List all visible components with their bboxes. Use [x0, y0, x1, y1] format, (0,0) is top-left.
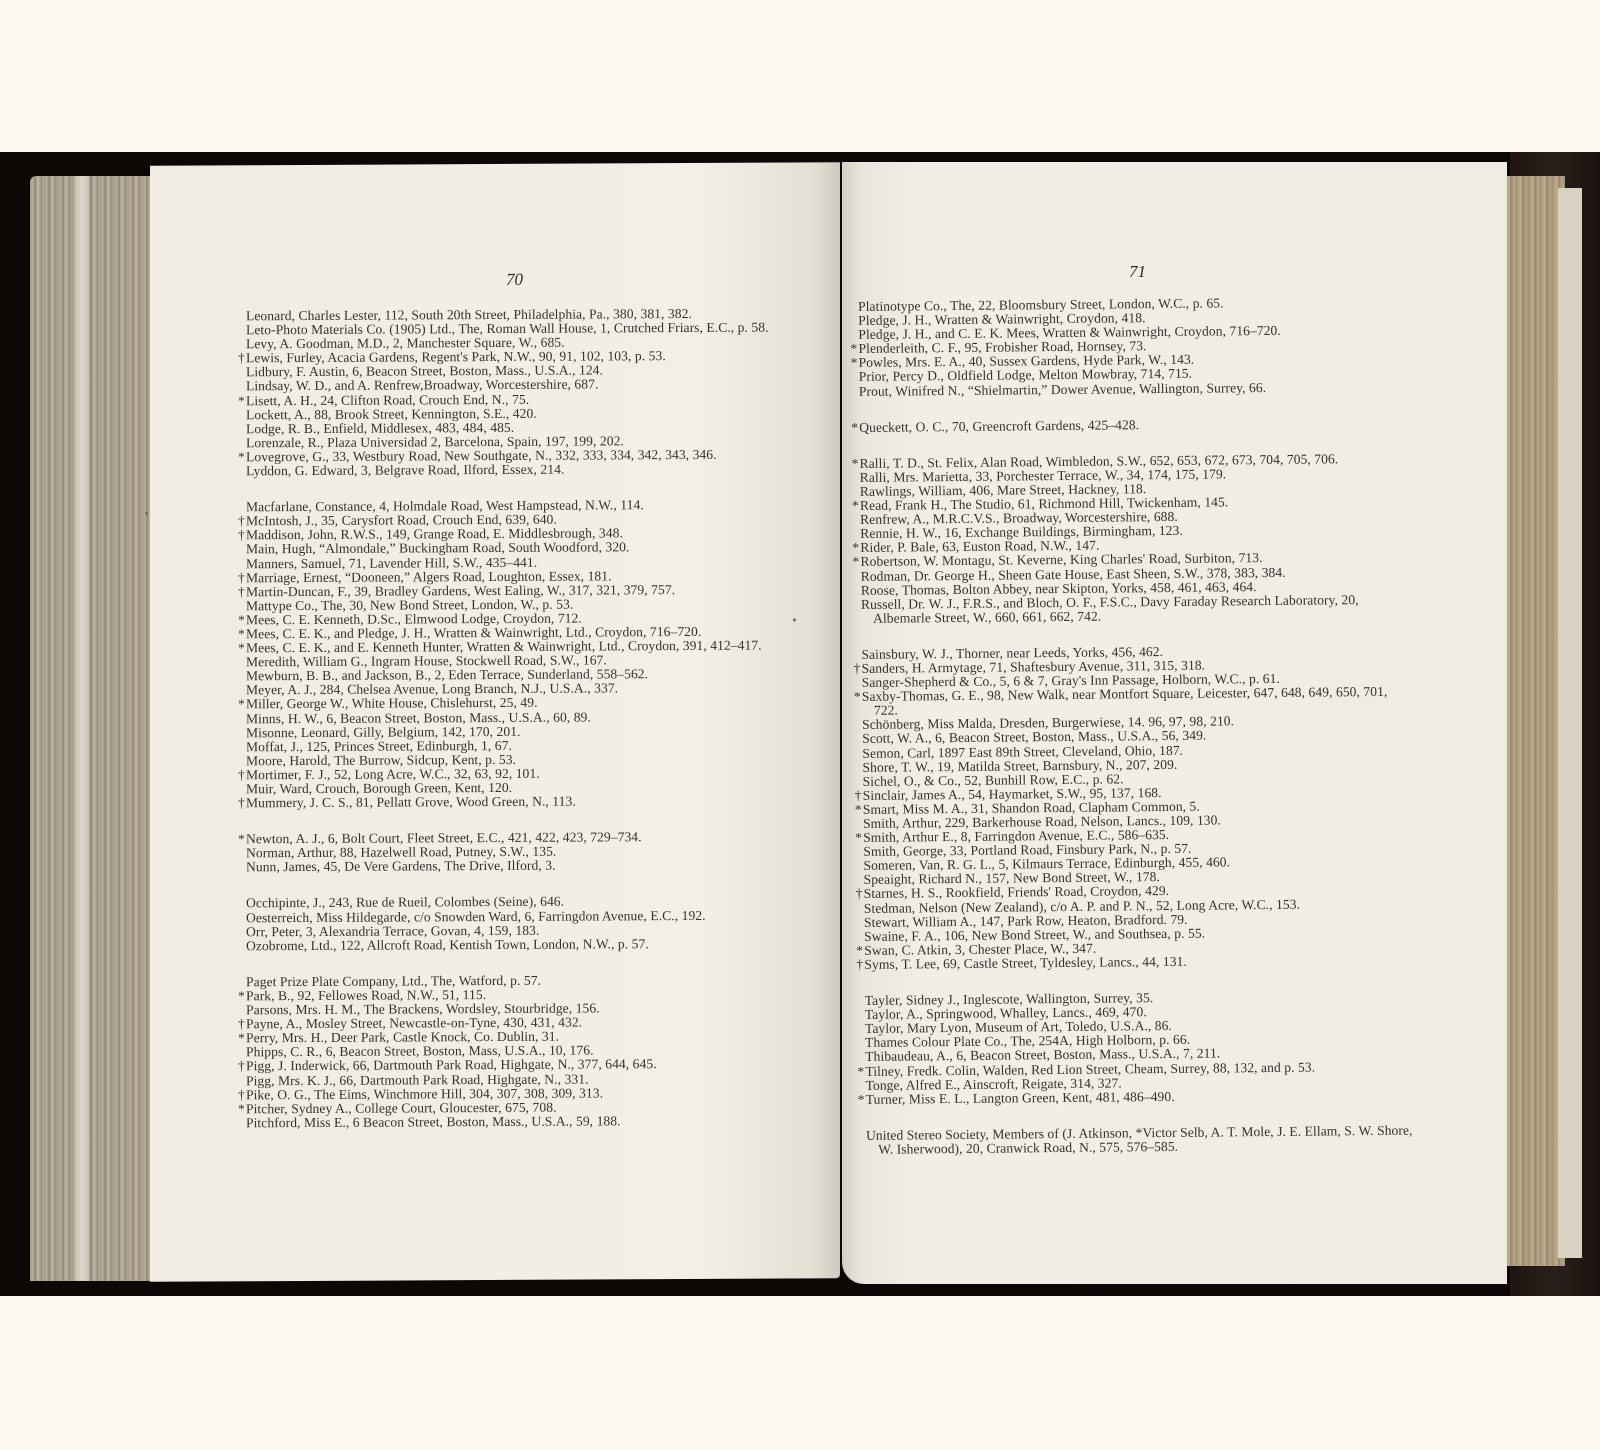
index-entry: Ozobrome, Ltd., 122, Allcroft Road, Kent… — [238, 936, 798, 953]
dagger-mark: † — [856, 958, 864, 972]
page-speck — [145, 512, 148, 515]
asterisk-mark: * — [852, 499, 860, 513]
dagger-mark: † — [238, 768, 246, 782]
page-number: 71 — [1129, 262, 1146, 282]
index-entries: Leonard, Charles Lester, 112, South 20th… — [238, 306, 798, 1144]
page-stack-right — [1505, 176, 1565, 1266]
entry-group: Occhipinte, J., 243, Rue de Rueil, Colom… — [238, 894, 798, 953]
asterisk-mark: * — [238, 641, 246, 655]
asterisk-mark: * — [238, 832, 246, 846]
dagger-mark: † — [238, 1060, 246, 1074]
index-entry: Russell, Dr. W. J., F.R.S., and Bloch, O… — [853, 592, 1413, 626]
entry-group: Sainsbury, W. J., Thorner, near Leeds, Y… — [853, 642, 1416, 972]
asterisk-mark: * — [854, 690, 862, 704]
index-entry: Pitchford, Miss E., 6 Beacon Street, Bos… — [238, 1113, 798, 1130]
entry-group: *Newton, A. J., 6, Bolt Court, Fleet Str… — [238, 830, 798, 875]
entry-group: Paget Prize Plate Company, Ltd., The, Wa… — [238, 972, 798, 1130]
entry-text: Pitchford, Miss E., 6 Beacon Street, Bos… — [246, 1113, 621, 1130]
asterisk-mark: * — [238, 450, 246, 464]
book-scan: 70 Leonard, Charles Lester, 112, South 2… — [0, 152, 1600, 1296]
entry-group: United Stereo Society, Members of (J. At… — [858, 1123, 1418, 1157]
dagger-mark: † — [238, 1017, 246, 1031]
asterisk-mark: * — [852, 457, 860, 471]
asterisk-mark: * — [856, 944, 864, 958]
dagger-mark: † — [238, 529, 246, 543]
dagger-mark: † — [238, 571, 246, 585]
asterisk-mark: * — [238, 394, 246, 408]
dagger-mark: † — [853, 662, 861, 676]
index-entry: Nunn, James, 45, De Vere Gardens, The Dr… — [238, 858, 798, 875]
dagger-mark: † — [238, 585, 246, 599]
entry-text: Queckett, O. C., 70, Greencroft Gardens,… — [859, 417, 1139, 435]
asterisk-mark: * — [855, 831, 863, 845]
index-entry: United Stereo Society, Members of (J. At… — [858, 1123, 1418, 1157]
entry-group: *Queckett, O. C., 70, Greencroft Gardens… — [851, 415, 1411, 434]
entry-group: Macfarlane, Constance, 4, Holmdale Road,… — [238, 498, 798, 811]
entry-text: United Stereo Society, Members of (J. At… — [866, 1122, 1413, 1156]
index-entry: Lyddon, G. Edward, 3, Belgrave Road, Ilf… — [238, 461, 798, 478]
entry-text: Saxby-Thomas, G. E., 98, New Walk, near … — [862, 684, 1388, 718]
cover-board-right — [1558, 188, 1582, 1258]
index-entry: *Turner, Miss E. L., Langton Green, Kent… — [858, 1087, 1418, 1106]
entry-text: Lyddon, G. Edward, 3, Belgrave Road, Ilf… — [246, 462, 564, 479]
entry-text: Turner, Miss E. L., Langton Green, Kent,… — [866, 1089, 1175, 1107]
entry-text: Nunn, James, 45, De Vere Gardens, The Dr… — [246, 858, 556, 875]
dagger-mark: † — [855, 789, 863, 803]
entry-text: Russell, Dr. W. J., F.R.S., and Bloch, O… — [861, 592, 1359, 626]
entry-text: Mummery, J. C. S., 81, Pellatt Grove, Wo… — [246, 794, 576, 811]
asterisk-mark: * — [238, 1102, 246, 1116]
entry-text: Ozobrome, Ltd., 122, Allcroft Road, Kent… — [246, 936, 649, 953]
asterisk-mark: * — [238, 627, 246, 641]
page-stack-left — [30, 176, 150, 1281]
asterisk-mark: * — [238, 613, 246, 627]
entry-text: Syms, T. Lee, 69, Castle Street, Tyldesl… — [864, 954, 1187, 972]
index-entry: Prout, Winifred N., “Shielmartin,” Dower… — [851, 379, 1411, 398]
right-page: 71 Platinotype Co., The, 22, Bloomsbury … — [842, 162, 1507, 1284]
entry-group: Leonard, Charles Lester, 112, South 20th… — [238, 306, 798, 478]
asterisk-mark: * — [857, 1064, 865, 1078]
left-page: 70 Leonard, Charles Lester, 112, South 2… — [150, 162, 840, 1282]
dagger-mark: † — [238, 352, 246, 366]
asterisk-mark: * — [855, 803, 863, 817]
page-number: 70 — [506, 270, 523, 290]
asterisk-mark: * — [858, 1093, 866, 1107]
asterisk-mark: * — [851, 356, 859, 370]
entry-text: Prout, Winifred N., “Shielmartin,” Dower… — [859, 380, 1266, 399]
asterisk-mark: * — [852, 555, 860, 569]
entry-group: Tayler, Sidney J., Inglescote, Wallingto… — [857, 989, 1418, 1107]
asterisk-mark: * — [238, 1032, 246, 1046]
index-entry: †Mummery, J. C. S., 81, Pellatt Grove, W… — [238, 794, 798, 811]
asterisk-mark: * — [851, 421, 859, 435]
page-speck — [793, 618, 796, 621]
asterisk-mark: * — [850, 342, 858, 356]
dagger-mark: † — [238, 796, 246, 810]
asterisk-mark: * — [238, 698, 246, 712]
dagger-mark: † — [238, 1088, 246, 1102]
dagger-mark: † — [856, 887, 864, 901]
dagger-mark: † — [238, 515, 246, 529]
entry-group: Platinotype Co., The, 22, Bloomsbury Str… — [850, 295, 1411, 399]
index-entry: *Queckett, O. C., 70, Greencroft Gardens… — [851, 415, 1411, 434]
asterisk-mark: * — [852, 541, 860, 555]
entry-group: *Ralli, T. D., St. Felix, Alan Road, Wim… — [852, 451, 1414, 625]
asterisk-mark: * — [238, 989, 246, 1003]
index-entry: †Syms, T. Lee, 69, Castle Street, Tyldes… — [856, 953, 1416, 972]
index-entries: Platinotype Co., The, 22, Bloomsbury Str… — [850, 295, 1418, 1172]
